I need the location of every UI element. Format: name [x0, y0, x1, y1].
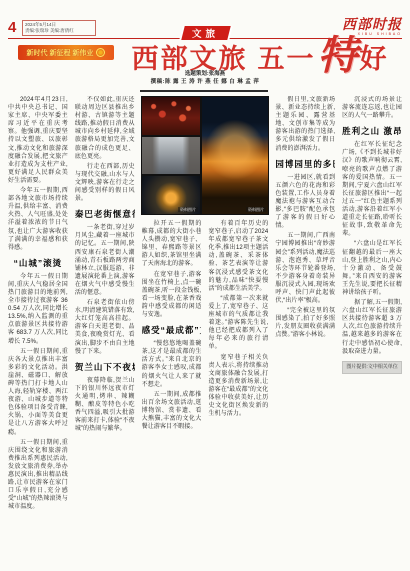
body-paragraph: “成都第一次来就爱上了,宽窄巷子、这座城市的气质都让我着迷。”游客陈先生说,他已…: [208, 295, 268, 352]
body-paragraph: 今年五一假日期间,重庆人气稳居全国热门旅游目的地前列,全市接待过夜游客 360.…: [8, 273, 68, 346]
body-paragraph: 夜幕降临,贺兰山下的银川怀远夜市灯火通明,烤串、辣糊糊、酿皮等特色小吃香气四溢,…: [75, 377, 135, 434]
body-paragraph: “完全被这里的氛围感染了,拍了好多照片,发朋友圈收获满满点赞。”游客小林说。: [275, 307, 335, 339]
slogan-seal-icon: [96, 48, 105, 57]
subheadline: 胜利之山 激昂斗志: [342, 125, 402, 137]
body-paragraph: 假日里,文旅新场景、新业态持续上新,主题乐园、露营基地、文创市集等成为游客出游的…: [275, 96, 335, 153]
body-paragraph: “六盘山是红军长征翻越的最后一座大山,登上胜利之山,内心十分激动、备受鼓舞。”来…: [342, 240, 402, 297]
body-paragraph: 五一假日期间,重庆围绕文化和旅游消费推出系列惠民活动,发放文旅消费券,举办惠民演…: [8, 439, 68, 512]
body-paragraph: 在宽窄巷子,游客围坐在竹椅上,点一碗盖碗茶,听一段金钱板,看一场变脸,在茶香戏韵…: [142, 271, 202, 320]
body-paragraph: 在红军长征纪念广场,《不到长城非好汉》的歌声响彻云霄,嘹亮的歌声点燃了游客的爱国…: [342, 141, 402, 238]
page-number: 4: [8, 18, 16, 38]
slogan-text: 新时代 新征程 新伟业: [27, 48, 94, 58]
body-paragraph: 有着百年历史的宽窄巷子,启动了2024年成都宽窄巷子茶文化季,推出12项主题活动…: [208, 220, 268, 293]
body-paragraph: 石泉老街依山傍水,明清建筑错落有致,大红灯笼高高挂起。游客白天逛老街、品美食,夜…: [75, 299, 135, 356]
body-paragraph: 一进园区,就看到五颜六色的花海和彩色装置,工作人员身着魔法袍与游客互动合影,“多…: [275, 174, 335, 231]
body-paragraph: 五一期间,广西南宁园博园推出“奇妙游园会”系列活动,魔法巡游、泡泡秀、草坪音乐会…: [275, 232, 335, 305]
body-paragraph: 沉浸式的场景让游客流连忘返,也让园区的人气一路攀升。: [342, 96, 402, 120]
body-paragraph: 一条老街,穿过岁月风尘,藏着一座城市的记忆。五一期间,陕西安康石泉老街人潮涌动,…: [75, 224, 135, 297]
body-paragraph: 不仅如此,重庆还联动周边区县推出乡村游、古镇游等主题线路,推动假日消费从城市向乡…: [75, 96, 135, 161]
body-column-2: 不仅如此,重庆还联动周边区县推出乡村游、古镇游等主题线路,推动假日消费从城市向乡…: [75, 96, 135, 562]
body-column-5: 假日里,文旅新场景、新业态持续上新,主题乐园、露营基地、文创市集等成为游客出游的…: [275, 96, 335, 562]
issue-info-box: 2024年5月14日 责编:张瑞珍 美编:唐倩红: [22, 20, 96, 36]
subheadline: 感受“最成都”文化: [142, 324, 202, 336]
body-paragraph: “慢悠悠地喝盖碗茶,这才是最成都的生活方式。”来自北京的游客李女士感叹,成都的烟…: [142, 340, 202, 389]
body-column-1: 2024年4月23日,中共中央总书记、国家主席、中央军委主席习近平在重庆考察。他…: [8, 96, 68, 562]
byline-planner: 选题策划:张海燕: [120, 70, 290, 78]
subheadline: 园博园里的多巴胺: [275, 158, 335, 170]
body-paragraph: 五一假日期间,重庆各大景点推出丰富多彩的文化活动。洪崖洞、磁器口、解放碑等热门打…: [8, 348, 68, 437]
body-paragraph: 2024年4月23日,中共中央总书记、国家主席、中央军委主席习近平在重庆考察。他…: [8, 96, 68, 185]
body-paragraph: 据了解,五一假期,六盘山红军长征旅游区共接待游客超 3 万人次,红色旅游持续升温…: [342, 299, 402, 356]
subheadline: 贺兰山下不夜城: [75, 361, 135, 373]
body-paragraph: 五一期间,成都推出百余场文旅活动,逛博物馆、赏非遗、看大熊猫,丰富的文化大餐让游…: [142, 391, 202, 431]
byline: 选题策划:张海燕 撰稿:陈 露 王 涛 许 燕 任 娜 白 琳 孟 萍: [120, 70, 290, 86]
issue-editors: 责编:张瑞珍 美编:唐倩红: [25, 28, 93, 34]
headline-seg3: 好: [360, 37, 389, 76]
body-paragraph: 宽窄巷子相关负责人表示,将持续推动文商旅体融合发展,打造更多消费新场景,让游客在…: [208, 354, 268, 419]
byline-writers: 撰稿:陈 露 王 涛 许 燕 任 娜 白 琳 孟 萍: [120, 78, 290, 86]
headline-special-char: 特: [318, 38, 358, 74]
body-paragraph: 拉开五一假期的帷幕,成都的大街小巷人头攒动,宽窄巷子、锦里、春熙路等景区游人如织…: [142, 220, 202, 269]
body-paragraph: 行走在西部,历史与现代交融,山水与人文辉映,游客在行走之间感受别样的假日风景。: [75, 163, 135, 203]
body-paragraph: 今年五一假期,西部各地文旅市场持续升温,供给丰富、消费火热、人气旺盛,处处洋溢着…: [8, 187, 68, 252]
body-columns: 资料图片 资料图片 2024年4月23日,中共中央总书记、国家主席、中央军委主席…: [8, 96, 402, 562]
photo-top-rule: [140, 90, 268, 92]
slogan-banner: 新时代 新征程 新伟业: [18, 45, 114, 60]
photo-credit-box: 图片提供:文中相关单位: [342, 361, 402, 374]
masthead-title: 西部时报: [342, 18, 402, 32]
subheadline: 秦巴老街惬意行: [75, 208, 135, 220]
subheadline: “山城”滚烫: [8, 257, 68, 269]
body-column-6: 沉浸式的场景让游客流连忘返,也让园区的人气一路攀升。胜利之山 激昂斗志在红军长征…: [342, 96, 402, 562]
body-column-4: 有着百年历史的宽窄巷子,启动了2024年成都宽窄巷子茶文化季,推出12项主题活动…: [208, 96, 268, 562]
body-column-3: 拉开五一假期的帷幕,成都的大街小巷人头攒动,宽窄巷子、锦里、春熙路等景区游人如织…: [142, 96, 202, 562]
